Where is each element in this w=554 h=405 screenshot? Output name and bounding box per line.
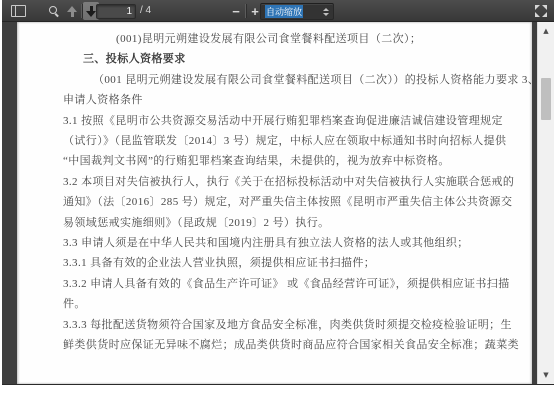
doc-line: 通知》（法〔2016〕285 号）规定，对严重失信主体按照《昆明市严重失信主体公… — [63, 192, 494, 212]
pdf-toolbar: / 4 − + 自动缩放 — [2, 0, 554, 22]
doc-line: （001 昆明元朔建设发展有限公司食堂餐料配送项目（二次））的投标人资格能力要求… — [93, 70, 494, 90]
search-icon — [48, 5, 60, 17]
scroll-up-icon: ▲ — [543, 27, 548, 35]
pdf-page: (001)昆明元朔建设发展有限公司食堂餐料配送项目（二次）； 三、投标人资格要求… — [17, 22, 532, 384]
doc-line: (001)昆明元朔建设发展有限公司食堂餐料配送项目（二次）； — [116, 29, 494, 49]
scroll-up-button[interactable]: ▲ — [538, 24, 554, 38]
document-text: (001)昆明元朔建设发展有限公司食堂餐料配送项目（二次）； 三、投标人资格要求… — [63, 29, 494, 356]
zoom-level-select[interactable]: 自动缩放 — [260, 3, 334, 20]
doc-line: （试行）》（昆监管联发〔2014〕3 号）规定，中标人应在领取中标通知书时向招标… — [63, 131, 494, 151]
doc-line: 3.2 本项目对失信被执行人，执行《关于在招标投标活动中对失信被执行人实施联合惩… — [63, 172, 494, 192]
zoom-level-value: 自动缩放 — [265, 5, 303, 18]
vertical-scrollbar[interactable]: ▲ ▼ — [537, 22, 554, 384]
previous-page-button[interactable] — [64, 2, 80, 20]
doc-line: 鲜类供货时应保证无异味不腐烂；成品类供货时商品应符合国家相关食品安全标准；蔬菜类 — [63, 335, 494, 355]
scrollbar-thumb[interactable] — [541, 78, 551, 120]
arrow-up-icon — [67, 6, 77, 17]
fullscreen-icon — [535, 5, 547, 17]
doc-line: 3.3.3 每批配送货物须符合国家及地方食品安全标准，肉类供货时须提交检疫检验证… — [63, 315, 494, 335]
page-number-input[interactable] — [96, 4, 136, 19]
doc-heading: 三、投标人资格要求 — [83, 49, 494, 69]
sidebar-toggle-icon — [11, 5, 26, 17]
arrow-down-icon — [86, 6, 96, 17]
page-count-label: / 4 — [140, 5, 151, 16]
doc-line: 件。 — [63, 294, 494, 314]
doc-line: 3.1 按照《昆明市公共资源交易活动中开展行贿犯罪档案查询促进廉洁诚信建设管理规… — [63, 111, 494, 131]
minus-icon: − — [232, 5, 240, 18]
search-button[interactable] — [45, 2, 63, 20]
zoom-out-button[interactable]: − — [228, 2, 244, 20]
doc-line: 3.3.1 具备有效的企业法人营业执照，须提供相应证书扫描件； — [63, 253, 494, 273]
scroll-down-icon: ▼ — [543, 371, 548, 379]
doc-line: “中国裁判文书网”的行贿犯罪档案查询结果，未提供的，视为放弃中标资格。 — [63, 151, 494, 171]
scroll-down-button[interactable]: ▼ — [538, 368, 554, 382]
chevron-up-down-icon — [323, 8, 329, 16]
doc-line: 3.3.2 申请人具备有效的《食品生产许可证》 或《食品经营许可证》，须提供相应… — [63, 274, 494, 294]
pdf-viewer: / 4 − + 自动缩放 (001)昆明元朔建设发展有限公司食堂餐料配送项目（二… — [2, 0, 554, 385]
toolbar-separator — [81, 4, 82, 18]
doc-line: 易领域惩戒实施细则》（昆政规〔2019〕2 号）执行。 — [63, 213, 494, 233]
sidebar-toggle-button[interactable] — [8, 2, 28, 20]
doc-line: 申请人资格条件 — [63, 90, 494, 110]
plus-icon: + — [251, 5, 259, 18]
doc-line: 3.3 申请人须是在中华人民共和国境内注册具有独立法人资格的法人或其他组织； — [63, 233, 494, 253]
fullscreen-button[interactable] — [532, 2, 550, 20]
toolbar-separator — [245, 4, 246, 18]
